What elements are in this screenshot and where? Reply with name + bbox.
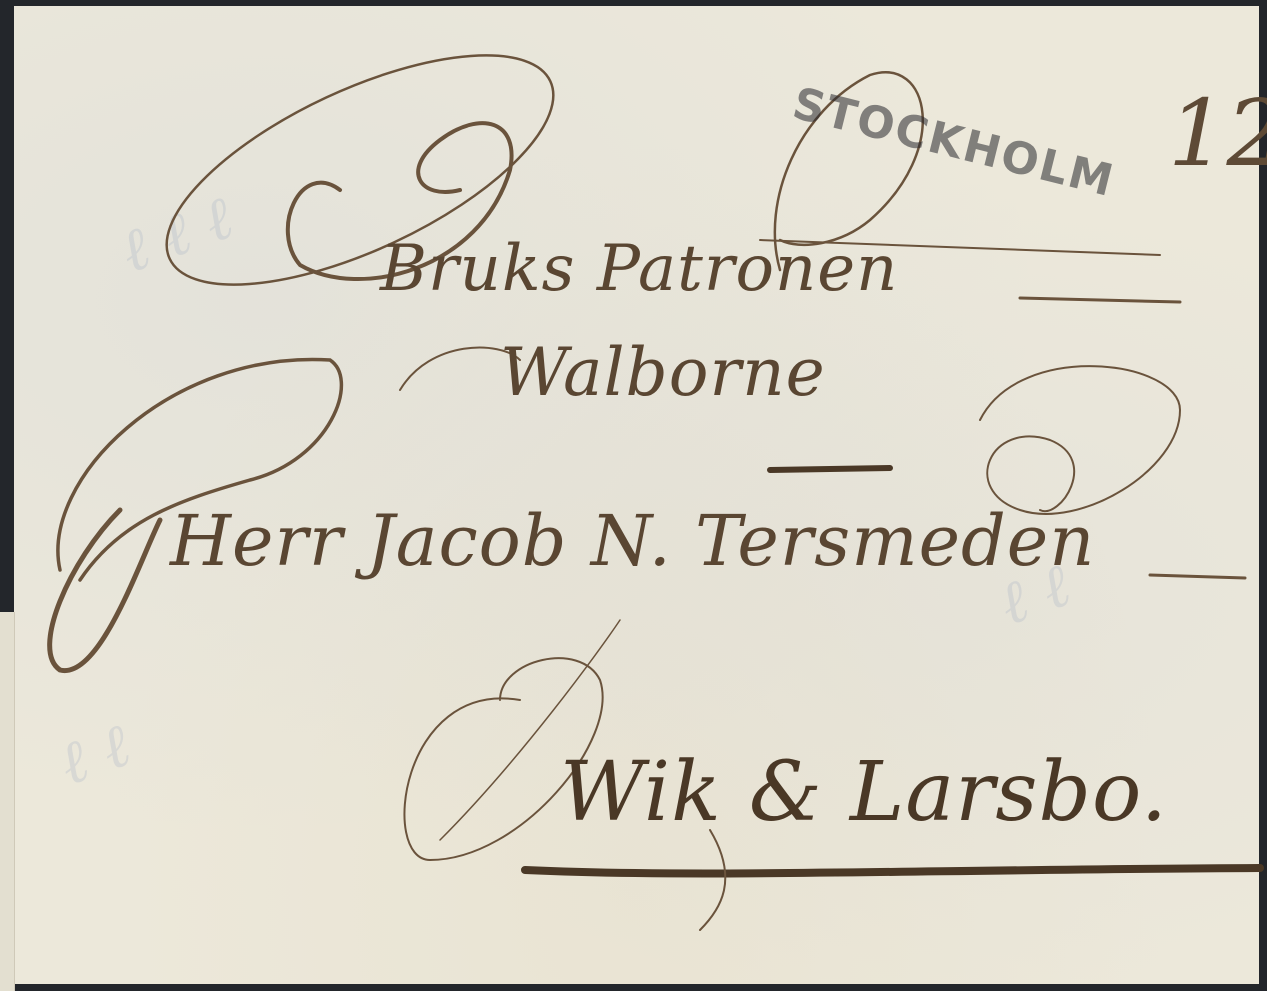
address-line-destination: Wik & Larsbo. bbox=[560, 745, 1168, 840]
address-line-honorific: Walborne bbox=[500, 334, 826, 411]
postage-rate-marking: 12 bbox=[1168, 80, 1267, 187]
address-line-title: Bruks Patronen bbox=[380, 232, 898, 306]
address-line-recipient: Herr Jacob N. Tersmeden bbox=[170, 500, 1095, 582]
